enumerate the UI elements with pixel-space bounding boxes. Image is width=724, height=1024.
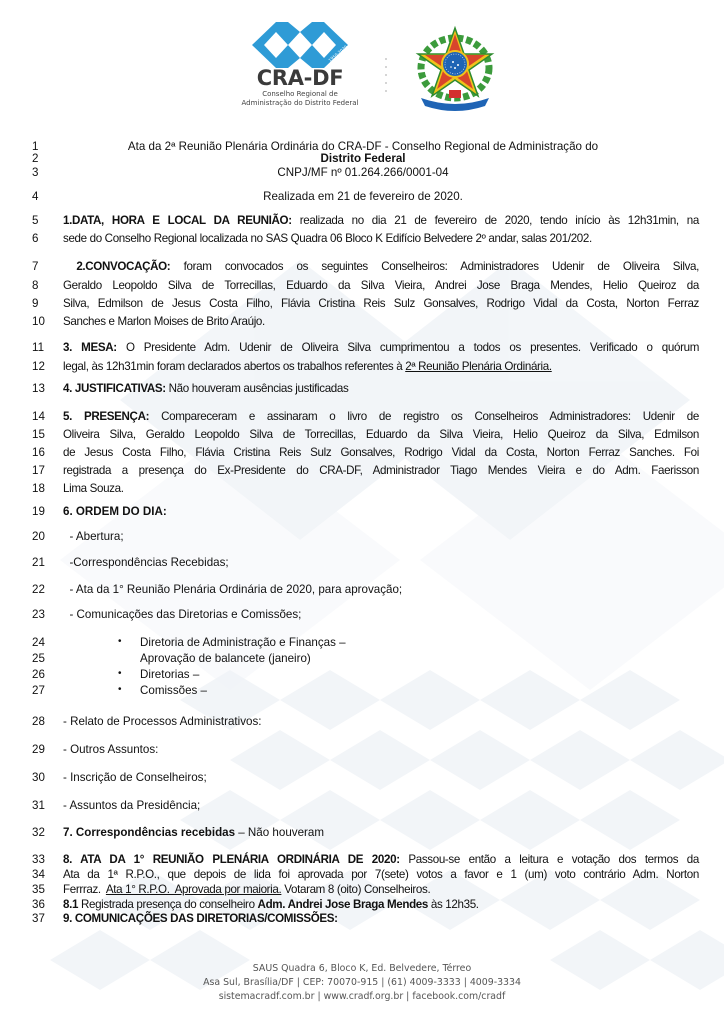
- text-run: - Comunicações das Diretorias e Comissõe…: [63, 608, 301, 621]
- text-run: sede do Conselho Regional localizada no …: [63, 232, 592, 245]
- text-run: registrada a presença do Ex-Presidente d…: [63, 464, 699, 477]
- document-line: 1.DATA, HORA E LOCAL DA REUNIÃO: realiza…: [63, 214, 699, 227]
- line-number: 5: [32, 214, 56, 227]
- text-run: Ata da 1ª R.P.O., que depois de lida foi…: [63, 868, 699, 881]
- text-run: - Outros Assuntos:: [63, 743, 158, 756]
- line-number: 8: [32, 279, 56, 292]
- text-run: - Inscrição de Conselheiros;: [63, 771, 207, 784]
- document-line: Comissões –: [140, 684, 207, 697]
- line-number: 26: [32, 668, 56, 681]
- document-line: Diretoria de Administração e Finanças –: [140, 636, 346, 649]
- line-number: 23: [32, 608, 56, 621]
- bold-text: 8. ATA DA 1° REUNIÃO PLENÁRIA ORDINÁRIA …: [63, 853, 400, 866]
- text-run: legal, às 12h31min foram declarados aber…: [63, 360, 405, 373]
- text-run: Comissões –: [140, 684, 207, 697]
- line-number: 37: [32, 912, 56, 925]
- bold-text: 5. PRESENÇA:: [63, 410, 149, 423]
- bold-text: 9. COMUNICAÇÕES DAS DIRETORIAS/COMISSÕES…: [63, 912, 338, 925]
- bold-text: 4. JUSTIFICATIVAS:: [63, 382, 166, 395]
- document-line: 3. MESA: O Presidente Adm. Udenir de Oli…: [63, 341, 699, 354]
- cra-df-logo-icon: 1950-2020: [252, 22, 348, 68]
- footer-contact-line: Asa Sul, Brasília/DF | CEP: 70070-915 | …: [0, 976, 724, 990]
- text-run: Geraldo Leopoldo Silva de Torrecillas, E…: [63, 279, 699, 292]
- document-line: - Ata da 1° Reunião Plenária Ordinária d…: [63, 583, 699, 596]
- document-line: sede do Conselho Regional localizada no …: [63, 232, 699, 245]
- document-line: 4. JUSTIFICATIVAS: Não houveram ausência…: [63, 382, 699, 395]
- line-number: 28: [32, 715, 56, 728]
- text-run: Não houveram ausências justificadas: [166, 382, 349, 395]
- line-number: 16: [32, 446, 56, 459]
- document-line: 9. COMUNICAÇÕES DAS DIRETORIAS/COMISSÕES…: [63, 912, 699, 925]
- cra-df-logo: 1950-2020 CRA-DF Conselho Regional de Ad…: [230, 22, 370, 108]
- text-run: - Assuntos da Presidência;: [63, 799, 200, 812]
- text-run: CNPJ/MF nº 01.264.266/0001-04: [277, 166, 448, 179]
- line-number: 24: [32, 636, 56, 649]
- text-run: Aprovação de balancete (janeiro): [140, 652, 311, 665]
- document-line: Silva, Edmilson de Jesus Costa Filho, Fl…: [63, 297, 699, 310]
- document-line: Sanches e Marlon Moises de Brito Araújo.: [63, 315, 699, 328]
- underlined-text: Ata 1° R.P.O. Aprovada por maioria.: [106, 883, 282, 896]
- text-run: O Presidente Adm. Udenir de Oliveira Sil…: [117, 341, 699, 354]
- line-number: 29: [32, 743, 56, 756]
- text-run: - Relato de Processos Administrativos:: [63, 715, 261, 728]
- text-run: Passou-se então a leitura e votação dos …: [400, 853, 699, 866]
- document-line: registrada a presença do Ex-Presidente d…: [63, 464, 699, 477]
- line-number: 4: [32, 190, 56, 203]
- text-run: Ferrraz.: [63, 883, 106, 896]
- bold-text: 1.DATA, HORA E LOCAL DA REUNIÃO:: [63, 214, 292, 227]
- footer-address-line: SAUS Quadra 6, Bloco K, Ed. Belvedere, T…: [0, 962, 724, 976]
- bullet-icon: •: [118, 668, 122, 679]
- line-number: 25: [32, 652, 56, 665]
- bold-text: 8.1: [63, 898, 78, 911]
- line-number: 27: [32, 684, 56, 697]
- document-line: Realizada em 21 de fevereiro de 2020.: [63, 190, 663, 203]
- text-run: Compareceram e assinaram o livro de regi…: [149, 410, 699, 423]
- line-number: 21: [32, 556, 56, 569]
- text-run: de Jesus Costa Filho, Flávia Cristina Re…: [63, 446, 699, 459]
- text-run: Diretoria de Administração e Finanças –: [140, 636, 346, 649]
- document-line: - Outros Assuntos:: [63, 743, 699, 756]
- document-line: Lima Souza.: [63, 482, 699, 495]
- bold-text: Adm. Andrei Jose Braga Mendes: [258, 898, 428, 911]
- line-number: 35: [32, 883, 56, 896]
- text-run: Oliveira Silva, Geraldo Leopoldo Silva d…: [63, 428, 699, 441]
- line-number: 34: [32, 868, 56, 881]
- bullet-icon: •: [118, 684, 122, 695]
- text-run: Realizada em 21 de fevereiro de 2020.: [263, 190, 463, 203]
- text-run: Diretorias –: [140, 668, 199, 681]
- letterhead: 1950-2020 CRA-DF Conselho Regional de Ad…: [0, 22, 724, 122]
- line-number: 2: [32, 152, 56, 165]
- text-run: Registrada presença do conselheiro: [78, 898, 257, 911]
- bold-text: 6. ORDEM DO DIA:: [63, 505, 167, 518]
- document-line: 7. Correspondências recebidas – Não houv…: [63, 826, 699, 839]
- line-number: 33: [32, 853, 56, 866]
- document-line: 2.CONVOCAÇÃO: foram convocados os seguin…: [63, 260, 699, 273]
- line-number: 7: [32, 260, 56, 273]
- document-line: - Comunicações das Diretorias e Comissõe…: [63, 608, 699, 621]
- footer-address: SAUS Quadra 6, Bloco K, Ed. Belvedere, T…: [0, 962, 724, 1004]
- underlined-text: 2ª Reunião Plenária Ordinária.: [405, 360, 552, 373]
- header-separator: [385, 58, 388, 98]
- line-number: 18: [32, 482, 56, 495]
- line-number: 19: [32, 505, 56, 518]
- line-number: 32: [32, 826, 56, 839]
- document-line: Ata da 1ª R.P.O., que depois de lida foi…: [63, 868, 699, 881]
- line-number: 13: [32, 382, 56, 395]
- org-name-line1: Conselho Regional de: [230, 90, 370, 99]
- text-run: Lima Souza.: [63, 482, 124, 495]
- document-line: - Assuntos da Presidência;: [63, 799, 699, 812]
- line-number: 22: [32, 583, 56, 596]
- brazil-coat-of-arms-icon: [415, 24, 495, 112]
- document-line: - Abertura;: [63, 530, 699, 543]
- document-line: de Jesus Costa Filho, Flávia Cristina Re…: [63, 446, 699, 459]
- line-number: 14: [32, 410, 56, 423]
- bold-text: Distrito Federal: [320, 152, 405, 165]
- document-line: - Relato de Processos Administrativos:: [63, 715, 699, 728]
- org-acronym: CRA-DF: [230, 66, 370, 90]
- document-line: legal, às 12h31min foram declarados aber…: [63, 360, 699, 373]
- text-run: às 12h35.: [428, 898, 479, 911]
- bold-text: 3. MESA:: [63, 341, 117, 354]
- line-number: 15: [32, 428, 56, 441]
- document-line: CNPJ/MF nº 01.264.266/0001-04: [63, 166, 663, 179]
- line-number: 17: [32, 464, 56, 477]
- text-run: - Ata da 1° Reunião Plenária Ordinária d…: [63, 583, 402, 596]
- text-run: Silva, Edmilson de Jesus Costa Filho, Fl…: [63, 297, 699, 310]
- line-number: 10: [32, 315, 56, 328]
- org-name-line2: Administração do Distrito Federal: [230, 99, 370, 108]
- document-line: Distrito Federal: [63, 152, 663, 165]
- document-line: 6. ORDEM DO DIA:: [63, 505, 699, 518]
- line-number: 11: [32, 341, 56, 354]
- line-number: 36: [32, 898, 56, 911]
- text-run: Votaram 8 (oito) Conselheiros.: [281, 883, 430, 896]
- document-line: Aprovação de balancete (janeiro): [140, 652, 311, 665]
- text-run: - Abertura;: [63, 530, 124, 543]
- line-number: 20: [32, 530, 56, 543]
- bold-text: 7. Correspondências recebidas: [63, 826, 235, 839]
- document-line: Ferrraz. Ata 1° R.P.O. Aprovada por maio…: [63, 883, 699, 896]
- document-line: 5. PRESENÇA: Compareceram e assinaram o …: [63, 410, 699, 423]
- line-number: 6: [32, 232, 56, 245]
- footer-links-line: sistemacradf.com.br | www.cradf.org.br |…: [0, 990, 724, 1004]
- line-number: 12: [32, 360, 56, 373]
- document-line: Oliveira Silva, Geraldo Leopoldo Silva d…: [63, 428, 699, 441]
- text-run: – Não houveram: [235, 826, 324, 839]
- bold-text: 2.CONVOCAÇÃO:: [63, 260, 170, 273]
- line-number: 31: [32, 799, 56, 812]
- text-run: realizada no dia 21 de fevereiro de 2020…: [292, 214, 699, 227]
- document-line: Diretorias –: [140, 668, 199, 681]
- line-number: 3: [32, 166, 56, 179]
- line-number: 30: [32, 771, 56, 784]
- text-run: foram convocados os seguintes Conselheir…: [170, 260, 699, 273]
- text-run: Sanches e Marlon Moises de Brito Araújo.: [63, 315, 265, 328]
- bullet-icon: •: [118, 636, 122, 647]
- document-line: 8. ATA DA 1° REUNIÃO PLENÁRIA ORDINÁRIA …: [63, 853, 699, 866]
- document-line: -Correspondências Recebidas;: [63, 556, 699, 569]
- text-run: -Correspondências Recebidas;: [63, 556, 229, 569]
- line-number: 9: [32, 297, 56, 310]
- document-line: Geraldo Leopoldo Silva de Torrecillas, E…: [63, 279, 699, 292]
- document-line: - Inscrição de Conselheiros;: [63, 771, 699, 784]
- document-line: 8.1 Registrada presença do conselheiro A…: [63, 898, 699, 911]
